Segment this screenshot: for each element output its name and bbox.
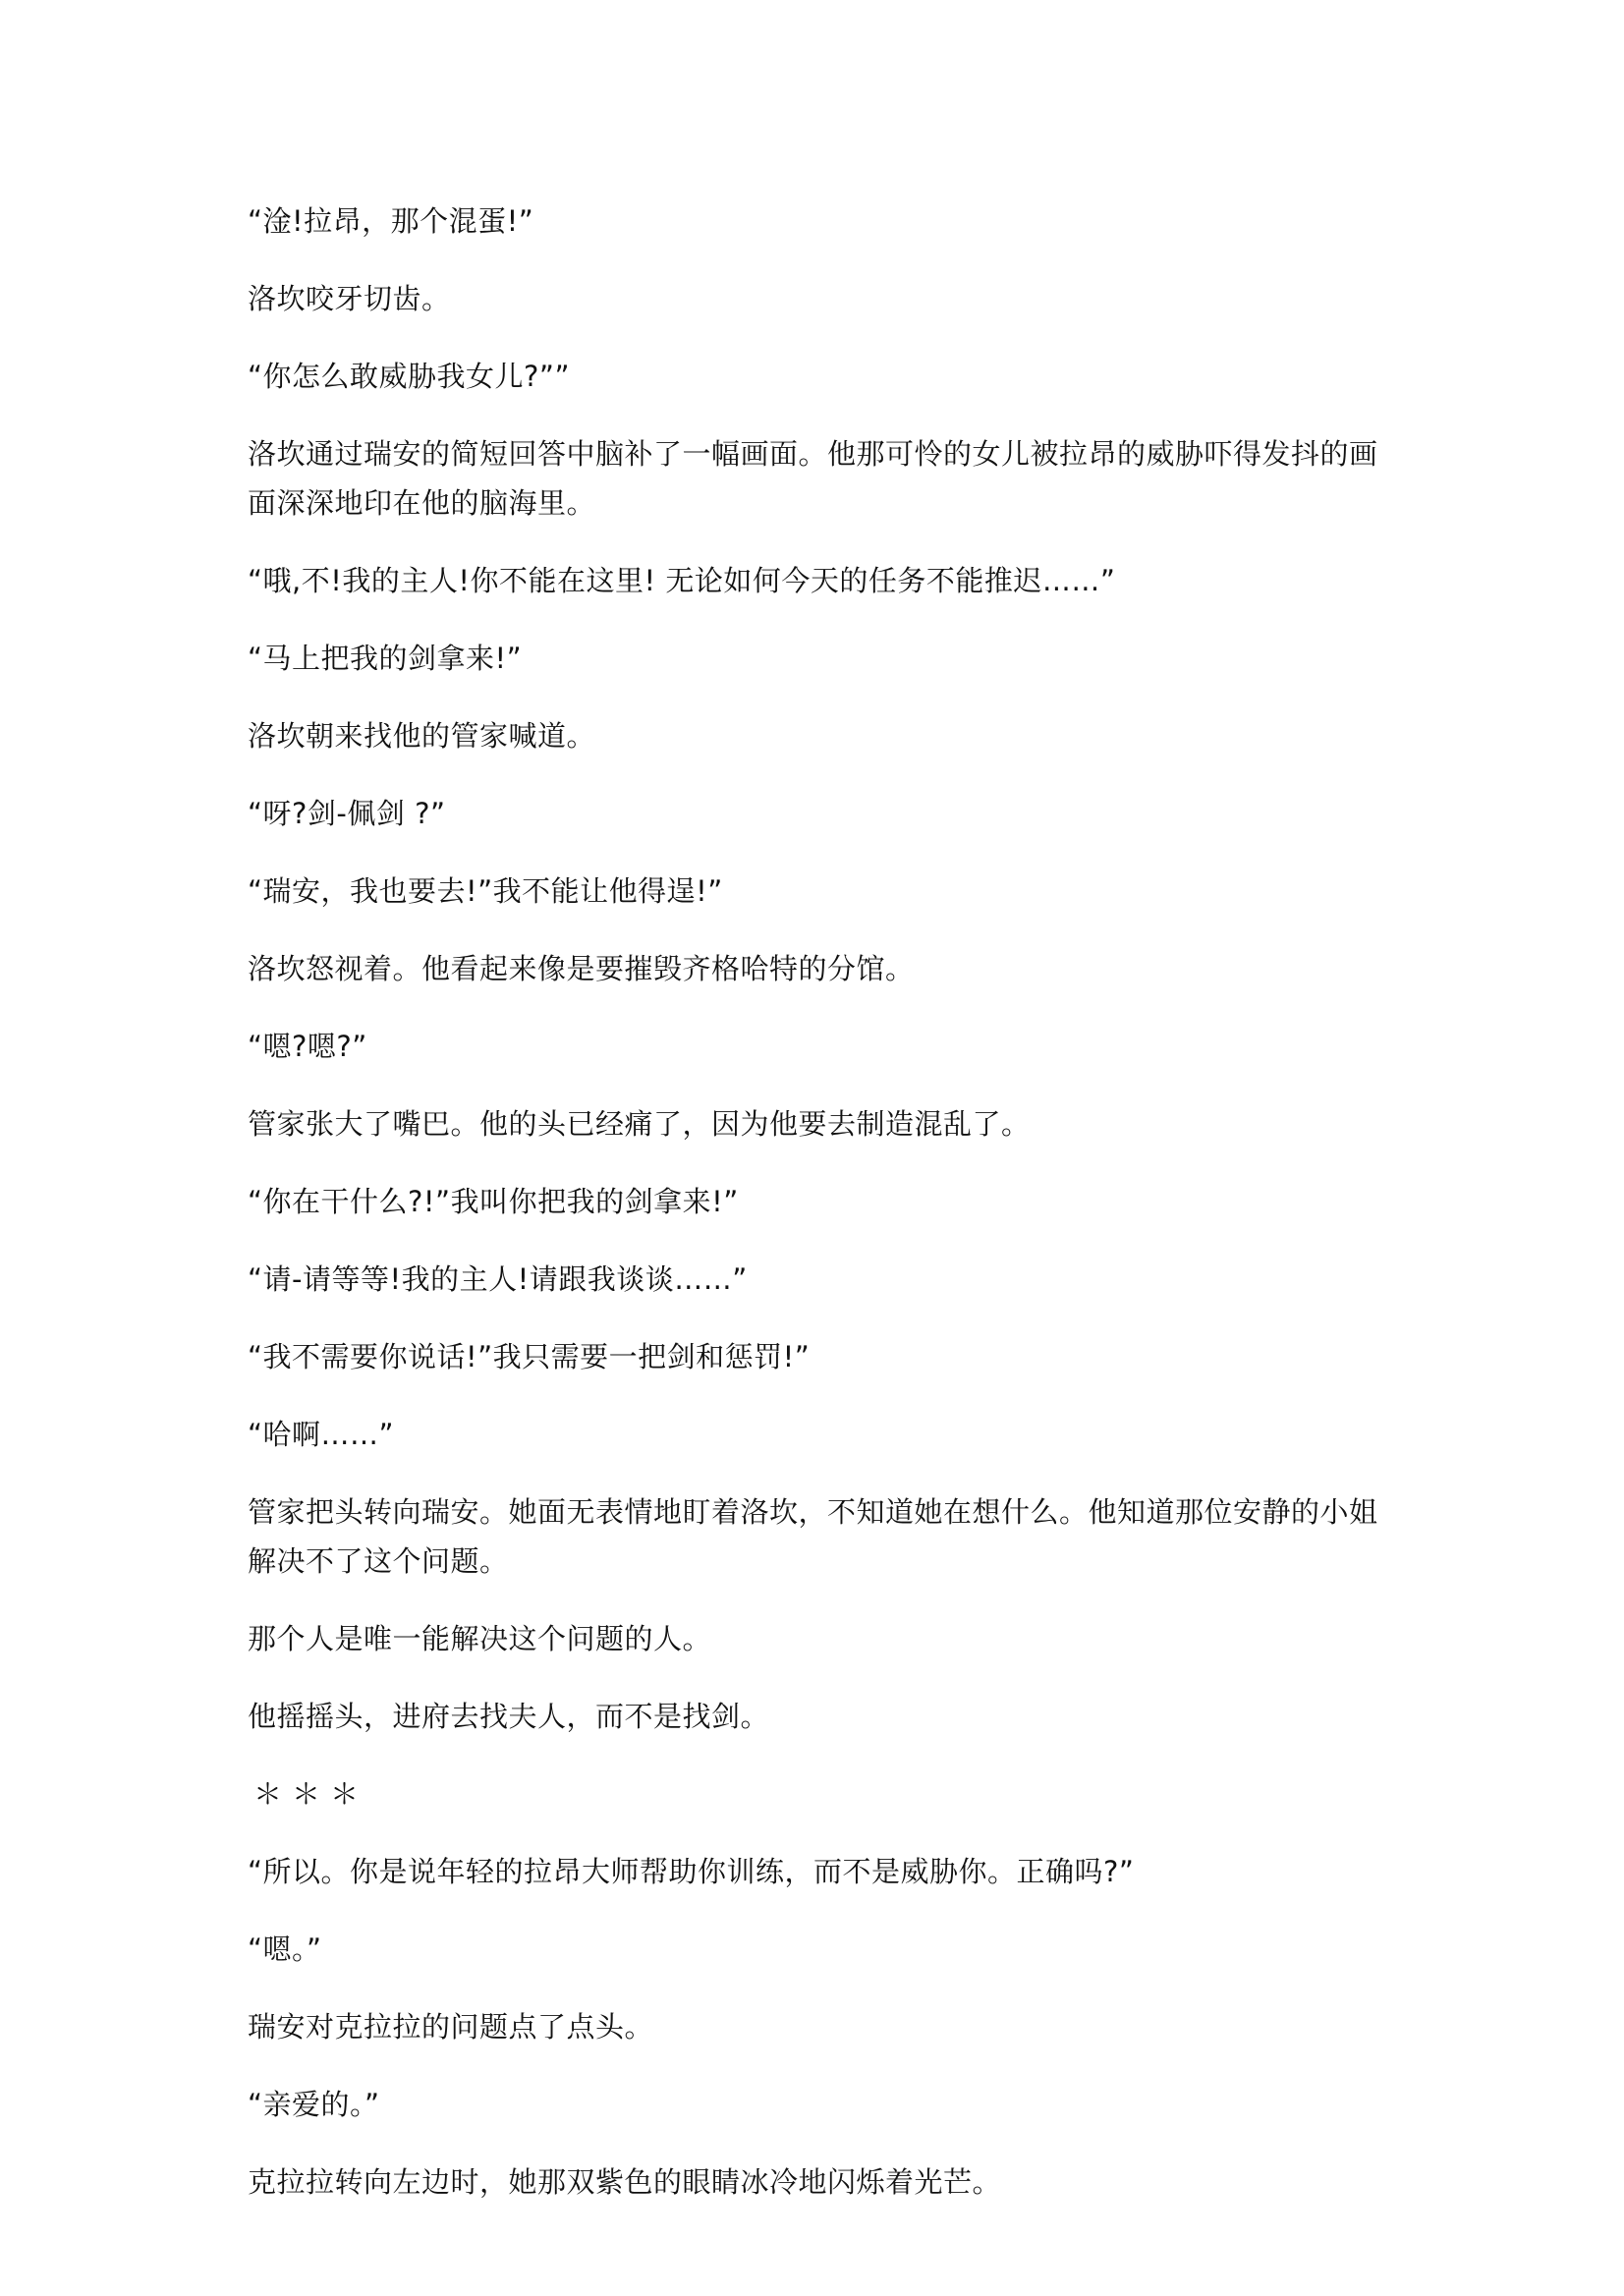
paragraph: 洛坎通过瑞安的简短回答中脑补了一幅画面。他那可怜的女儿被拉昂的威胁吓得发抖的画面… [248, 429, 1387, 528]
paragraph: “请-请等等!我的主人!请跟我谈谈……” [248, 1255, 1387, 1304]
paragraph: 瑞安对克拉拉的问题点了点头。 [248, 2002, 1387, 2051]
paragraph: “嗯?嗯?” [248, 1022, 1387, 1071]
paragraph: “瑞安，我也要去!”我不能让他得逞!” [248, 867, 1387, 916]
paragraph: 管家张大了嘴巴。他的头已经痛了，因为他要去制造混乱了。 [248, 1099, 1387, 1148]
scene-break-separator: ＊＊＊ [248, 1769, 1387, 1819]
paragraph: 管家把头转向瑞安。她面无表情地盯着洛坎，不知道她在想什么。他知道那位安静的小姐解… [248, 1487, 1387, 1586]
paragraph: “我不需要你说话!”我只需要一把剑和惩罚!” [248, 1332, 1387, 1381]
paragraph: “呀?剑-佩剑 ?” [248, 789, 1387, 838]
paragraph: “你在干什么?!”我叫你把我的剑拿来!” [248, 1177, 1387, 1226]
paragraph: 洛坎朝来找他的管家喊道。 [248, 711, 1387, 760]
paragraph: 他摇摇头，进府去找夫人，而不是找剑。 [248, 1692, 1387, 1741]
paragraph: 克拉拉转向左边时，她那双紫色的眼睛冰冷地闪烁着光芒。 [248, 2157, 1387, 2207]
paragraph: 洛坎怒视着。他看起来像是要摧毁齐格哈特的分馆。 [248, 944, 1387, 993]
paragraph: “亲爱的。” [248, 2080, 1387, 2129]
paragraph: “嗯。” [248, 1925, 1387, 1974]
paragraph: “淦!拉昂，那个混蛋!” [248, 196, 1387, 246]
paragraph: “哦,不!我的主人!你不能在这里! 无论如何今天的任务不能推迟……” [248, 556, 1387, 605]
paragraph: 洛坎咬牙切齿。 [248, 274, 1387, 323]
paragraph: “你怎么敢威胁我女儿?”” [248, 352, 1387, 401]
paragraph: “所以。你是说年轻的拉昂大师帮助你训练，而不是威胁你。正确吗?” [248, 1847, 1387, 1896]
paragraph: “马上把我的剑拿来!” [248, 634, 1387, 683]
document-page: “淦!拉昂，那个混蛋!” 洛坎咬牙切齿。 “你怎么敢威胁我女儿?”” 洛坎通过瑞… [248, 196, 1387, 2235]
paragraph: “哈啊……” [248, 1410, 1387, 1459]
paragraph: 那个人是唯一能解决这个问题的人。 [248, 1614, 1387, 1663]
